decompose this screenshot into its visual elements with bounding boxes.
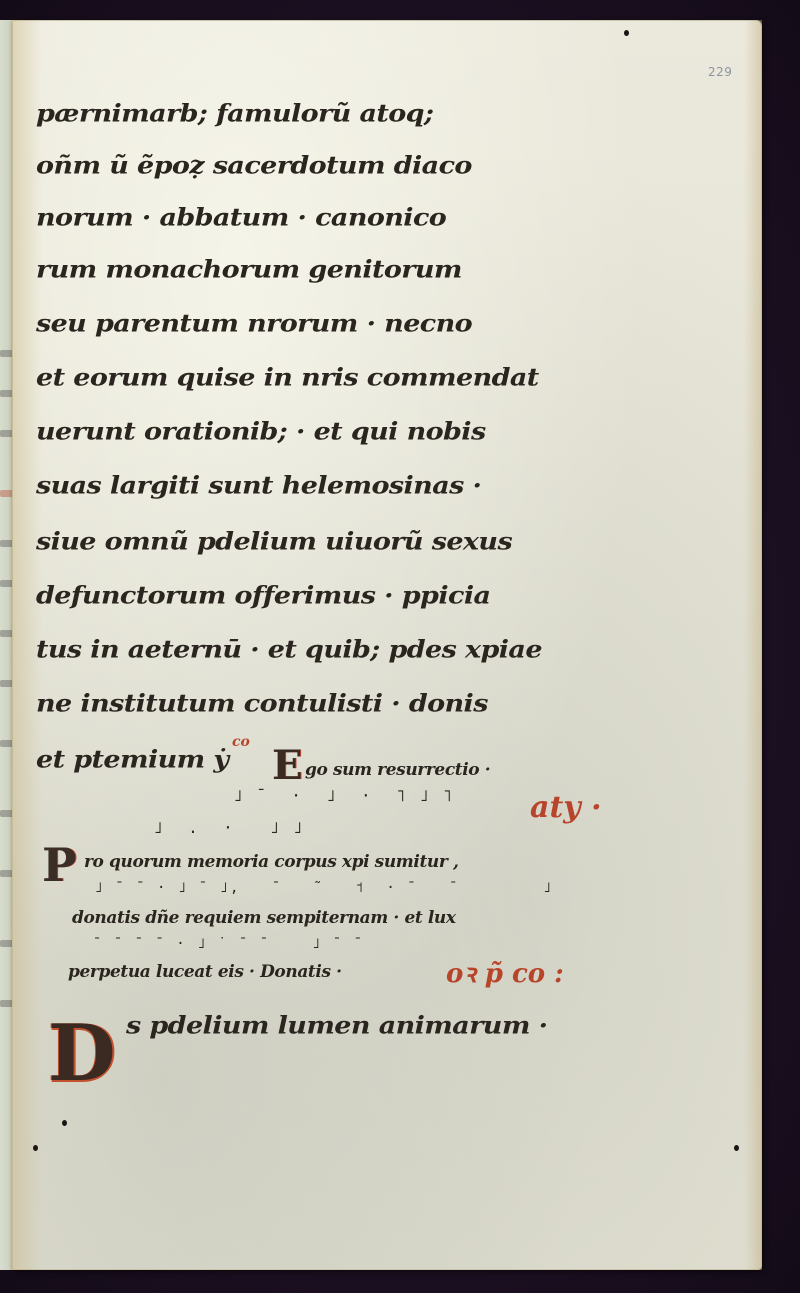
postcommunion-rubric: oꝛ p̃ co : xyxy=(446,954,564,990)
text-line: rum monachorum genitorum xyxy=(36,256,462,284)
text-line: pærnimarb; famulorũ atoq; xyxy=(36,100,433,128)
verse-line: ro quorum memoria corpus xpi sumitur , xyxy=(84,852,458,872)
text-line: seu parentum nrorum · necno xyxy=(36,310,472,338)
postcommunion-initial-d: D xyxy=(48,1008,116,1099)
neume-row: ˩ ˉ ˉ · ˩ ˉ ˩, ˉ ˜ ˦ · ˉ ˉ ˩ xyxy=(84,880,553,896)
text-line: uerunt orationib; · et qui nobis xyxy=(36,418,486,446)
text-line: et ptemium ẏ xyxy=(36,746,229,774)
text-line: oñm ũ ẽpoẓ sacerdotum diaco xyxy=(36,152,472,180)
pricking-hole xyxy=(33,1145,38,1151)
antiphon-label: aty · xyxy=(530,790,602,825)
postcommunion-text: s pdelium lumen animarum · xyxy=(126,1012,547,1040)
folio-number: 229 xyxy=(708,65,732,79)
text-line: siue omnũ pdelium uiuorũ sexus xyxy=(36,528,512,556)
chant-initial-e: E xyxy=(272,742,303,789)
text-line: tus in aeternū · et quib; pdes xpiae xyxy=(36,636,542,664)
text-line: suas largiti sunt helemosinas · xyxy=(36,472,481,500)
chant-incipit-text: go sum resurrectio · xyxy=(305,760,490,780)
pricking-hole xyxy=(734,1145,739,1151)
verse-line: perpetua luceat eis · Donatis · xyxy=(68,962,342,982)
verse-initial-p: P xyxy=(42,838,77,892)
neume-row: ˉ ˉ ˉ ˉ · ˩ ˙ ˉ ˉ ˩ ˉ ˉ xyxy=(72,936,364,952)
neume-row: ˩ ˉ · ˩ · ˥ ˩ ˥ xyxy=(140,786,454,805)
text-line: norum · abbatum · canonico xyxy=(36,204,446,232)
text-line: et eorum quise in nris commendat xyxy=(36,364,539,392)
pricking-hole xyxy=(62,1120,67,1126)
communion-rubric: co xyxy=(232,734,250,750)
text-line: ne institutum contulisti · donis xyxy=(36,690,488,718)
pricking-hole xyxy=(624,30,629,36)
text-line: defunctorum offerimus · ppicia xyxy=(36,582,490,610)
neume-row: ˩ . · ˩ ˩ xyxy=(130,818,305,837)
verse-line: donatis dñe requiem sempiternam · et lux xyxy=(72,908,456,928)
